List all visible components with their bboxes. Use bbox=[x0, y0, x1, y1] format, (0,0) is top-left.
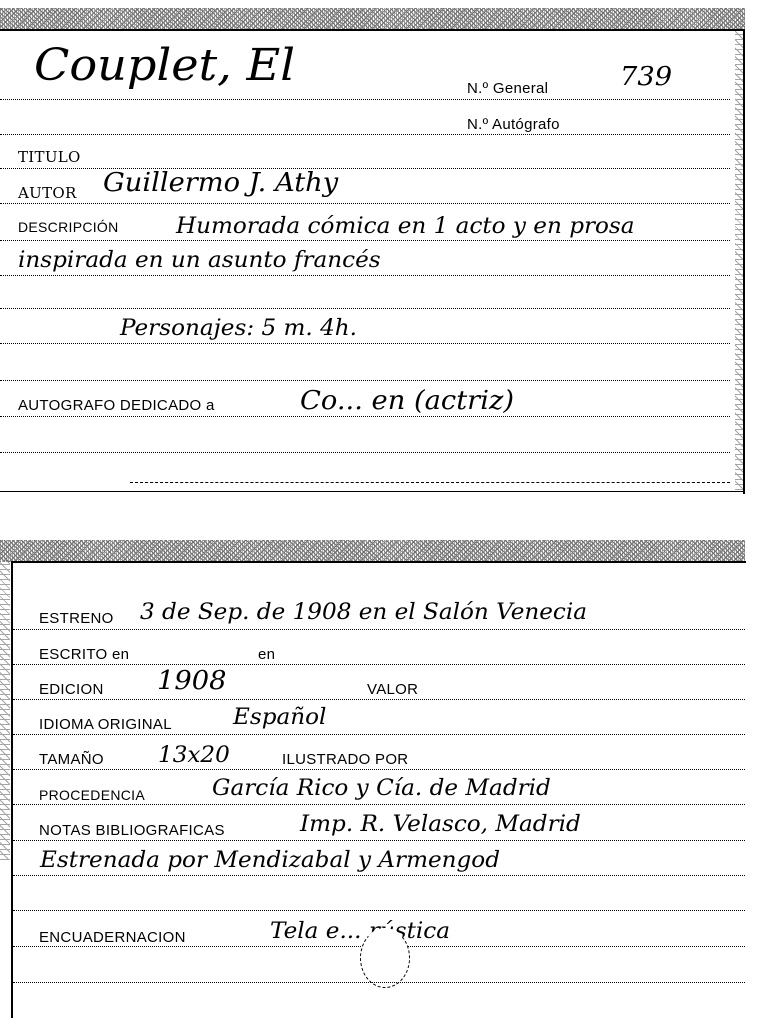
escrito-label: ESCRITO en bbox=[39, 646, 129, 663]
scan-noise-middle bbox=[0, 540, 745, 562]
rule-18 bbox=[13, 804, 745, 805]
notas-bibliograficas-line-2: Estrenada por Mendizabal y Armengod bbox=[40, 848, 500, 873]
notas-bibliograficas-label: NOTAS BIBLIOGRAFICAS bbox=[39, 822, 225, 839]
tamano-value: 13x20 bbox=[158, 743, 230, 768]
card-heading-title: Couplet, El bbox=[34, 40, 295, 91]
autor-label: AUTOR bbox=[18, 184, 77, 202]
rule-16 bbox=[13, 734, 745, 735]
rule-17 bbox=[13, 769, 745, 770]
rule-5 bbox=[0, 240, 730, 241]
rule-8 bbox=[0, 343, 730, 344]
descripcion-label: DESCRIPCIÓN bbox=[18, 219, 119, 235]
descripcion-line-2: inspirada en un asunto francés bbox=[18, 248, 381, 273]
rule-10 bbox=[0, 416, 730, 417]
rule-2 bbox=[0, 134, 730, 135]
rule-23 bbox=[13, 982, 745, 983]
autografo-dedicado-label: AUTOGRAFO DEDICADO a bbox=[18, 397, 215, 414]
edicion-value: 1908 bbox=[157, 666, 226, 696]
rule-19 bbox=[13, 840, 745, 841]
escrito-label-2: en bbox=[258, 646, 275, 663]
rule-11 bbox=[0, 452, 730, 453]
rule-9 bbox=[0, 380, 730, 381]
rule-4 bbox=[0, 203, 730, 204]
notas-bibliograficas-line-1: Imp. R. Velasco, Madrid bbox=[300, 812, 581, 837]
titulo-label: TITULO bbox=[18, 148, 81, 166]
numero-general-value: 739 bbox=[620, 62, 672, 92]
card-top-bottom-edge bbox=[0, 491, 743, 492]
idioma-original-label: IDIOMA ORIGINAL bbox=[39, 716, 172, 733]
tamano-label: TAMAÑO bbox=[39, 751, 104, 768]
ilustrado-por-label: ILUSTRADO POR bbox=[282, 751, 408, 768]
idioma-original-value: Español bbox=[233, 705, 326, 730]
rule-12 bbox=[130, 482, 730, 483]
autor-value: Guillermo J. Athy bbox=[103, 168, 338, 198]
valor-label: VALOR bbox=[367, 681, 418, 698]
encuadernacion-label: ENCUADERNACION bbox=[39, 929, 186, 946]
rule-15 bbox=[13, 699, 745, 700]
rule-7 bbox=[0, 308, 730, 309]
ink-blot-mark bbox=[360, 928, 410, 988]
rule-14 bbox=[13, 664, 745, 665]
procedencia-label: PROCEDENCIA bbox=[39, 787, 145, 803]
edicion-label: EDICION bbox=[39, 681, 104, 698]
rule-6 bbox=[0, 275, 730, 276]
descripcion-line-3: Personajes: 5 m. 4h. bbox=[120, 316, 357, 341]
numero-autografo-label: N.º Autógrafo bbox=[467, 116, 560, 133]
rule-1 bbox=[0, 99, 730, 100]
estreno-label: ESTRENO bbox=[39, 610, 114, 627]
rule-13 bbox=[13, 629, 745, 630]
estreno-value: 3 de Sep. de 1908 en el Salón Venecia bbox=[140, 600, 587, 625]
encuadernacion-value: Tela e... rústica bbox=[270, 919, 450, 944]
descripcion-line-1: Humorada cómica en 1 acto y en prosa bbox=[176, 214, 635, 239]
rule-20 bbox=[13, 875, 745, 876]
procedencia-value: García Rico y Cía. de Madrid bbox=[212, 776, 551, 801]
rule-21 bbox=[13, 910, 745, 911]
scan-noise-edge-left bbox=[0, 560, 10, 860]
numero-general-label: N.º General bbox=[467, 80, 548, 97]
autografo-dedicado-value: Co... en (actriz) bbox=[300, 386, 514, 416]
scan-noise-top bbox=[0, 8, 745, 30]
